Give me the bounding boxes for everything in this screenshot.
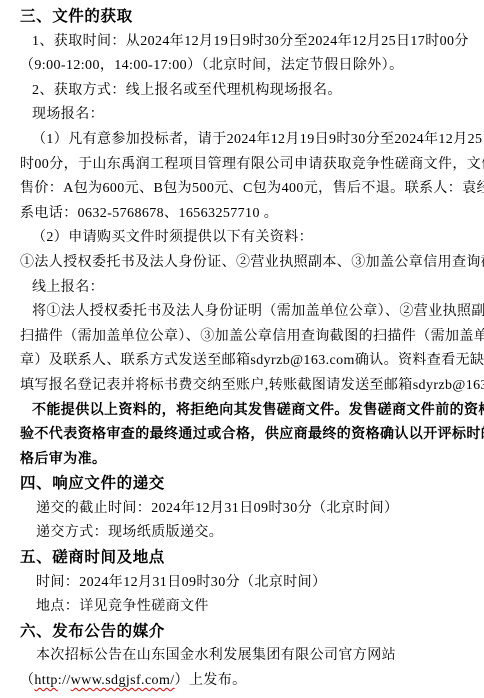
document-line: （2）申请购买文件时须提供以下有关资料： xyxy=(20,226,478,251)
document-line: 时00分，于山东禹润工程项目管理有限公司申请获取竞争性磋商文件，文件每份 xyxy=(20,153,478,178)
url-suffix-text: ）上发布。 xyxy=(175,673,247,688)
document-line: （1）凡有意参加投标者，请于2024年12月19日9时30分至2024年12月2… xyxy=(20,128,478,153)
document-line-bold: 格后审为准。 xyxy=(20,448,478,473)
section-heading-3: 三、文件的获取 xyxy=(20,5,478,30)
document-line: 时间：2024年12月31日09时30分（北京时间） xyxy=(20,571,478,596)
url-separator-text: :// xyxy=(58,673,71,688)
document-line: 1、获取时间：从2024年12月19日9时30分至2024年12月25日17时0… xyxy=(20,30,478,55)
document-line: 章）及联系人、联系方式发送至邮箱sdyrzb@163.com确认。资料查看无缺漏… xyxy=(20,349,478,374)
document-line-url: （http://www.sdgjsf.com/）上发布。 xyxy=(20,669,478,694)
website-url-scheme: http xyxy=(34,673,57,688)
document-line: 地点：详见竞争性磋商文件 xyxy=(20,595,478,620)
document-line: 递交的截止时间：2024年12月31日09时30分（北京时间） xyxy=(20,497,478,522)
document-line: （9:00-12:00，14:00-17:00）（北京时间，法定节假日除外）。 xyxy=(20,54,478,79)
document-page: 三、文件的获取 1、获取时间：从2024年12月19日9时30分至2024年12… xyxy=(0,0,484,698)
section-heading-5: 五、磋商时间及地点 xyxy=(20,546,478,571)
document-line: 系电话：0632-5768678、16563257710 。 xyxy=(20,202,478,227)
section-heading-6: 六、发布公告的媒介 xyxy=(20,620,478,645)
document-line: ①法人授权委托书及法人身份证、②营业执照副本、③加盖公章信用查询截图。 xyxy=(20,251,478,276)
section-heading-4: 四、响应文件的递交 xyxy=(20,472,478,497)
document-line: 本次招标公告在山东国金水利发展集团有限公司官方网站 xyxy=(20,644,478,669)
document-line: 扫描件（需加盖单位公章）、③加盖公章信用查询截图的扫描件（需加盖单位公 xyxy=(20,325,478,350)
url-prefix-text: （ xyxy=(20,673,34,688)
document-line: 填写报名登记表并将标书费交纳至账户,转账截图请发送至邮箱sdyrzb@163.c… xyxy=(20,374,478,399)
document-line-bold: 验不代表资格审查的最终通过或合格，供应商最终的资格确认以开评标时的资 xyxy=(20,423,478,448)
document-line-bold: 不能提供以上资料的，将拒绝向其发售磋商文件。发售磋商文件前的资格查 xyxy=(20,399,478,424)
document-line: 递交方式：现场纸质版递交。 xyxy=(20,521,478,546)
website-url-host: www.sdgjsf.com/ xyxy=(71,673,175,688)
document-line: 售价：A包为600元、B包为500元、C包为400元，售后不退。联系人：袁经理，… xyxy=(20,177,478,202)
document-line: 将①法人授权委托书及法人身份证明（需加盖单位公章）、②营业执照副本的 xyxy=(20,300,478,325)
document-line: 2、获取方式：线上报名或至代理机构现场报名。 xyxy=(20,79,478,104)
document-line: 现场报名： xyxy=(20,103,478,128)
document-line: 线上报名： xyxy=(20,276,478,301)
